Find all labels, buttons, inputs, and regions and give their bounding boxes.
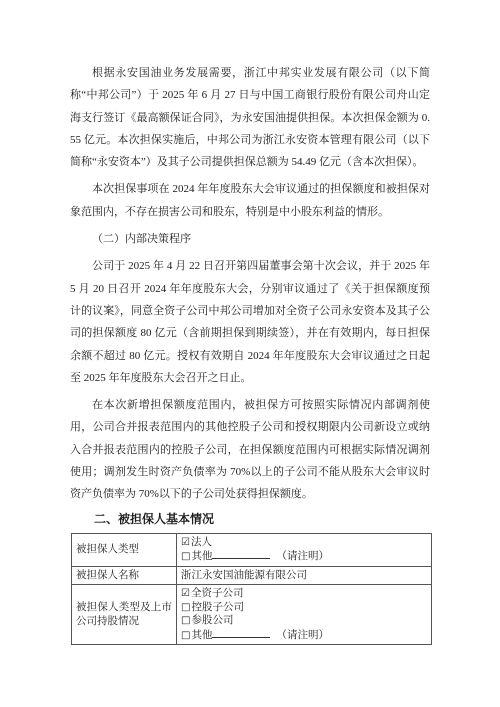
checkbox-unchecked-icon: □ — [181, 614, 190, 628]
checkbox-unchecked-icon: □ — [181, 601, 190, 615]
row-label: 被担保人类型及上市公司持股情况 — [72, 585, 177, 645]
checkbox-unchecked-icon: □ — [181, 550, 190, 564]
option-label: 其他 — [191, 630, 212, 641]
blank-line — [212, 628, 270, 638]
checkbox-unchecked-icon: □ — [181, 629, 190, 643]
row-value: ☑法人□其他（请注明） — [177, 533, 432, 566]
checkbox-checked-icon: ☑ — [181, 536, 190, 550]
checkbox-option: ☑全资子公司 — [181, 587, 427, 601]
checkbox-checked-icon: ☑ — [181, 587, 190, 601]
checkbox-option: □其他（请注明） — [181, 549, 427, 564]
table-row: 被担保人名称浙江永安国油能源有限公司 — [72, 566, 432, 585]
document-content: 根据永安国油业务发展需要，浙江中邦实业发展有限公司（以下简称“中邦公司”）于 2… — [70, 62, 430, 645]
row-label: 被担保人类型 — [72, 533, 177, 566]
option-note: （请注明） — [276, 551, 329, 562]
option-label: 全资子公司 — [191, 588, 244, 599]
paragraph: 根据永安国油业务发展需要，浙江中邦实业发展有限公司（以下简称“中邦公司”）于 2… — [70, 62, 430, 173]
paragraph: （二）内部决策程序 — [70, 228, 430, 250]
checkbox-option: □参股公司 — [181, 614, 427, 628]
blank-line — [212, 549, 270, 559]
table-row: 被担保人类型☑法人□其他（请注明） — [72, 533, 432, 566]
guarantee-info-table-body: 被担保人类型☑法人□其他（请注明）被担保人名称浙江永安国油能源有限公司被担保人类… — [72, 533, 432, 645]
row-value: ☑全资子公司□控股子公司□参股公司□其他（请注明） — [177, 585, 432, 645]
option-label: 法人 — [191, 537, 212, 548]
checkbox-option: □控股子公司 — [181, 601, 427, 615]
guarantee-info-table: 被担保人类型☑法人□其他（请注明）被担保人名称浙江永安国油能源有限公司被担保人类… — [71, 533, 432, 646]
option-label: 参股公司 — [191, 615, 233, 626]
option-label: 控股子公司 — [191, 602, 244, 613]
paragraph: 在本次新增担保额度范围内，被担保方可按照实际情况内部调剂使用，公司合并报表范围内… — [70, 394, 430, 505]
table-row: 被担保人类型及上市公司持股情况☑全资子公司□控股子公司□参股公司□其他（请注明） — [72, 585, 432, 645]
option-note: （请注明） — [276, 630, 329, 641]
option-label: 其他 — [191, 551, 212, 562]
paragraph: 本次担保事项在 2024 年年度股东大会审议通过的担保额度和被担保对象范围内，不… — [70, 178, 430, 223]
document-body: 根据永安国油业务发展需要，浙江中邦实业发展有限公司（以下简称“中邦公司”）于 2… — [70, 62, 430, 506]
row-value: 浙江永安国油能源有限公司 — [177, 566, 432, 585]
checkbox-option: ☑法人 — [181, 536, 427, 550]
checkbox-option: □其他（请注明） — [181, 628, 427, 643]
paragraph: 公司于 2025 年 4 月 22 日召开第四届董事会第十次会议，并于 2025… — [70, 255, 430, 389]
document-page: 根据永安国油业务发展需要，浙江中邦实业发展有限公司（以下简称“中邦公司”）于 2… — [0, 0, 500, 707]
row-label: 被担保人名称 — [72, 566, 177, 585]
section-heading: 二、被担保人基本情况 — [70, 511, 430, 527]
